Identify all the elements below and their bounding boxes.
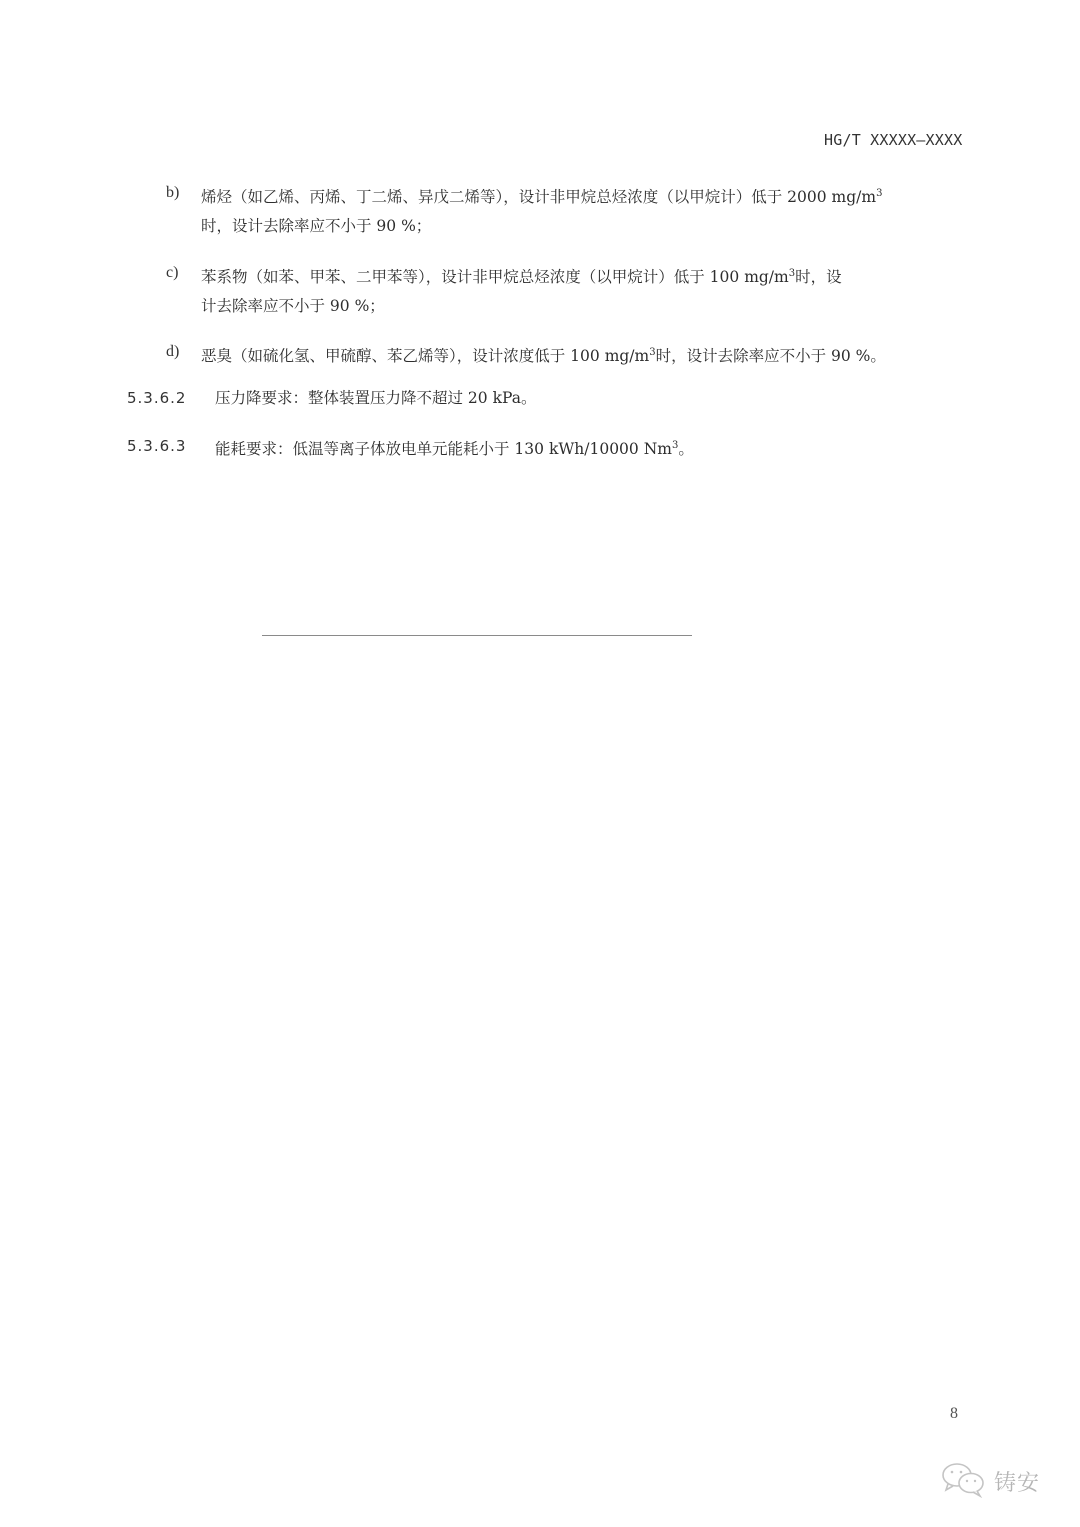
clause-number-5362: 5.3.6.2 [127, 389, 186, 407]
wechat-icon [940, 1460, 988, 1502]
page-number: 8 [950, 1405, 958, 1423]
item-b-text: 烯烃（如乙烯、丙烯、丁二烯、异戊二烯等），设计非甲烷总烃浓度（以甲烷计）低于 2… [201, 188, 876, 206]
item-d-tail: 时，设计去除率应不小于 90 %。 [656, 347, 886, 365]
clause-5362-text: 压力降要求：整体装置压力降不超过 20 kPa。 [215, 387, 536, 409]
document-page: HG/T XXXXX—XXXX b) 烯烃（如乙烯、丙烯、丁二烯、异戊二烯等），… [0, 0, 1080, 1527]
item-label-b: b) [166, 184, 179, 202]
item-d-text: 恶臭（如硫化氢、甲硫醇、苯乙烯等），设计浓度低于 100 mg/m [201, 347, 649, 365]
standard-code-header: HG/T XXXXX—XXXX [824, 131, 962, 149]
item-b-line-1: 烯烃（如乙烯、丙烯、丁二烯、异戊二烯等），设计非甲烷总烃浓度（以甲烷计）低于 2… [201, 183, 882, 208]
clause-5363-tail: 。 [678, 440, 694, 458]
watermark: 铸安 [940, 1460, 1040, 1502]
item-c-tail: 时，设 [795, 268, 842, 286]
end-of-document-rule [262, 635, 692, 636]
item-c-text: 苯系物（如苯、甲苯、二甲苯等），设计非甲烷总烃浓度（以甲烷计）低于 100 mg… [201, 268, 789, 286]
item-d-line-1: 恶臭（如硫化氢、甲硫醇、苯乙烯等），设计浓度低于 100 mg/m3时，设计去除… [201, 342, 886, 367]
item-label-d: d) [166, 343, 179, 361]
clause-5363-line: 能耗要求：低温等离子体放电单元能耗小于 130 kWh/10000 Nm3。 [215, 435, 694, 460]
item-b-line-2: 时，设计去除率应不小于 90 %； [201, 215, 431, 237]
superscript: 3 [876, 188, 882, 199]
clause-number-5363: 5.3.6.3 [127, 437, 186, 455]
item-c-line-2: 计去除率应不小于 90 %； [201, 295, 385, 317]
clause-5363-text: 能耗要求：低温等离子体放电单元能耗小于 130 kWh/10000 Nm [215, 440, 672, 458]
item-c-line-1: 苯系物（如苯、甲苯、二甲苯等），设计非甲烷总烃浓度（以甲烷计）低于 100 mg… [201, 263, 842, 288]
item-label-c: c) [166, 264, 178, 282]
watermark-text: 铸安 [994, 1466, 1040, 1497]
